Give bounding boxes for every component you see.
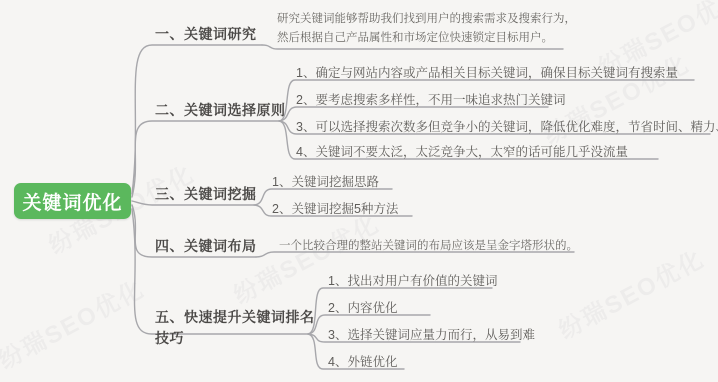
branch1-note: 研究关键词能够帮助我们找到用户的搜索需求及搜索行为， 然后根据自己产品属性和市场… [277,10,576,48]
branch2-item: 2、要考虑搜索多样性，不用一味追求热门关键词 [296,90,565,108]
branch5-item: 2、内容优化 [328,298,397,316]
branch3-item: 2、关键词挖掘5种方法 [272,199,398,217]
branch2-item: 3、可以选择搜索次数多但竞争小的关键词，降低优化难度，节省时间、精力、预算 [296,117,718,135]
branch3-item: 1、关键词挖掘思路 [272,172,379,190]
branch1-label: 一、关键词研究 [155,24,257,44]
branch2-item: 4、关键词不要太泛，太泛竞争大，太窄的话可能几乎没流量 [296,142,628,160]
branch5-item: 4、外链优化 [328,352,397,370]
branch4-note: 一个比较合理的整站关键词的布局应该是呈金字塔形状的。 [279,237,578,256]
mindmap-root-node: 关键词优化 [14,183,131,219]
branch4-label: 四、关键词布局 [155,236,257,256]
branch2-item: 1、确定与网站内容或产品相关目标关键词，确保目标关键词有搜索量 [296,63,678,81]
branch2-label: 二、关键词选择原则 [155,100,286,120]
mindmap-canvas: 纷瑞SEO优化 纷瑞SEO优化 纷瑞SEO优化 纷瑞SEO优化 纷瑞SEO优化 … [0,0,718,382]
branch5-label: 五、快速提升关键词排名 技巧 [155,307,315,349]
branch5-item: 1、找出对用户有价值的关键词 [328,271,497,289]
branch3-label: 三、关键词挖掘 [155,184,257,204]
branch5-item: 3、选择关键词应量力而行，从易到难 [328,325,535,343]
